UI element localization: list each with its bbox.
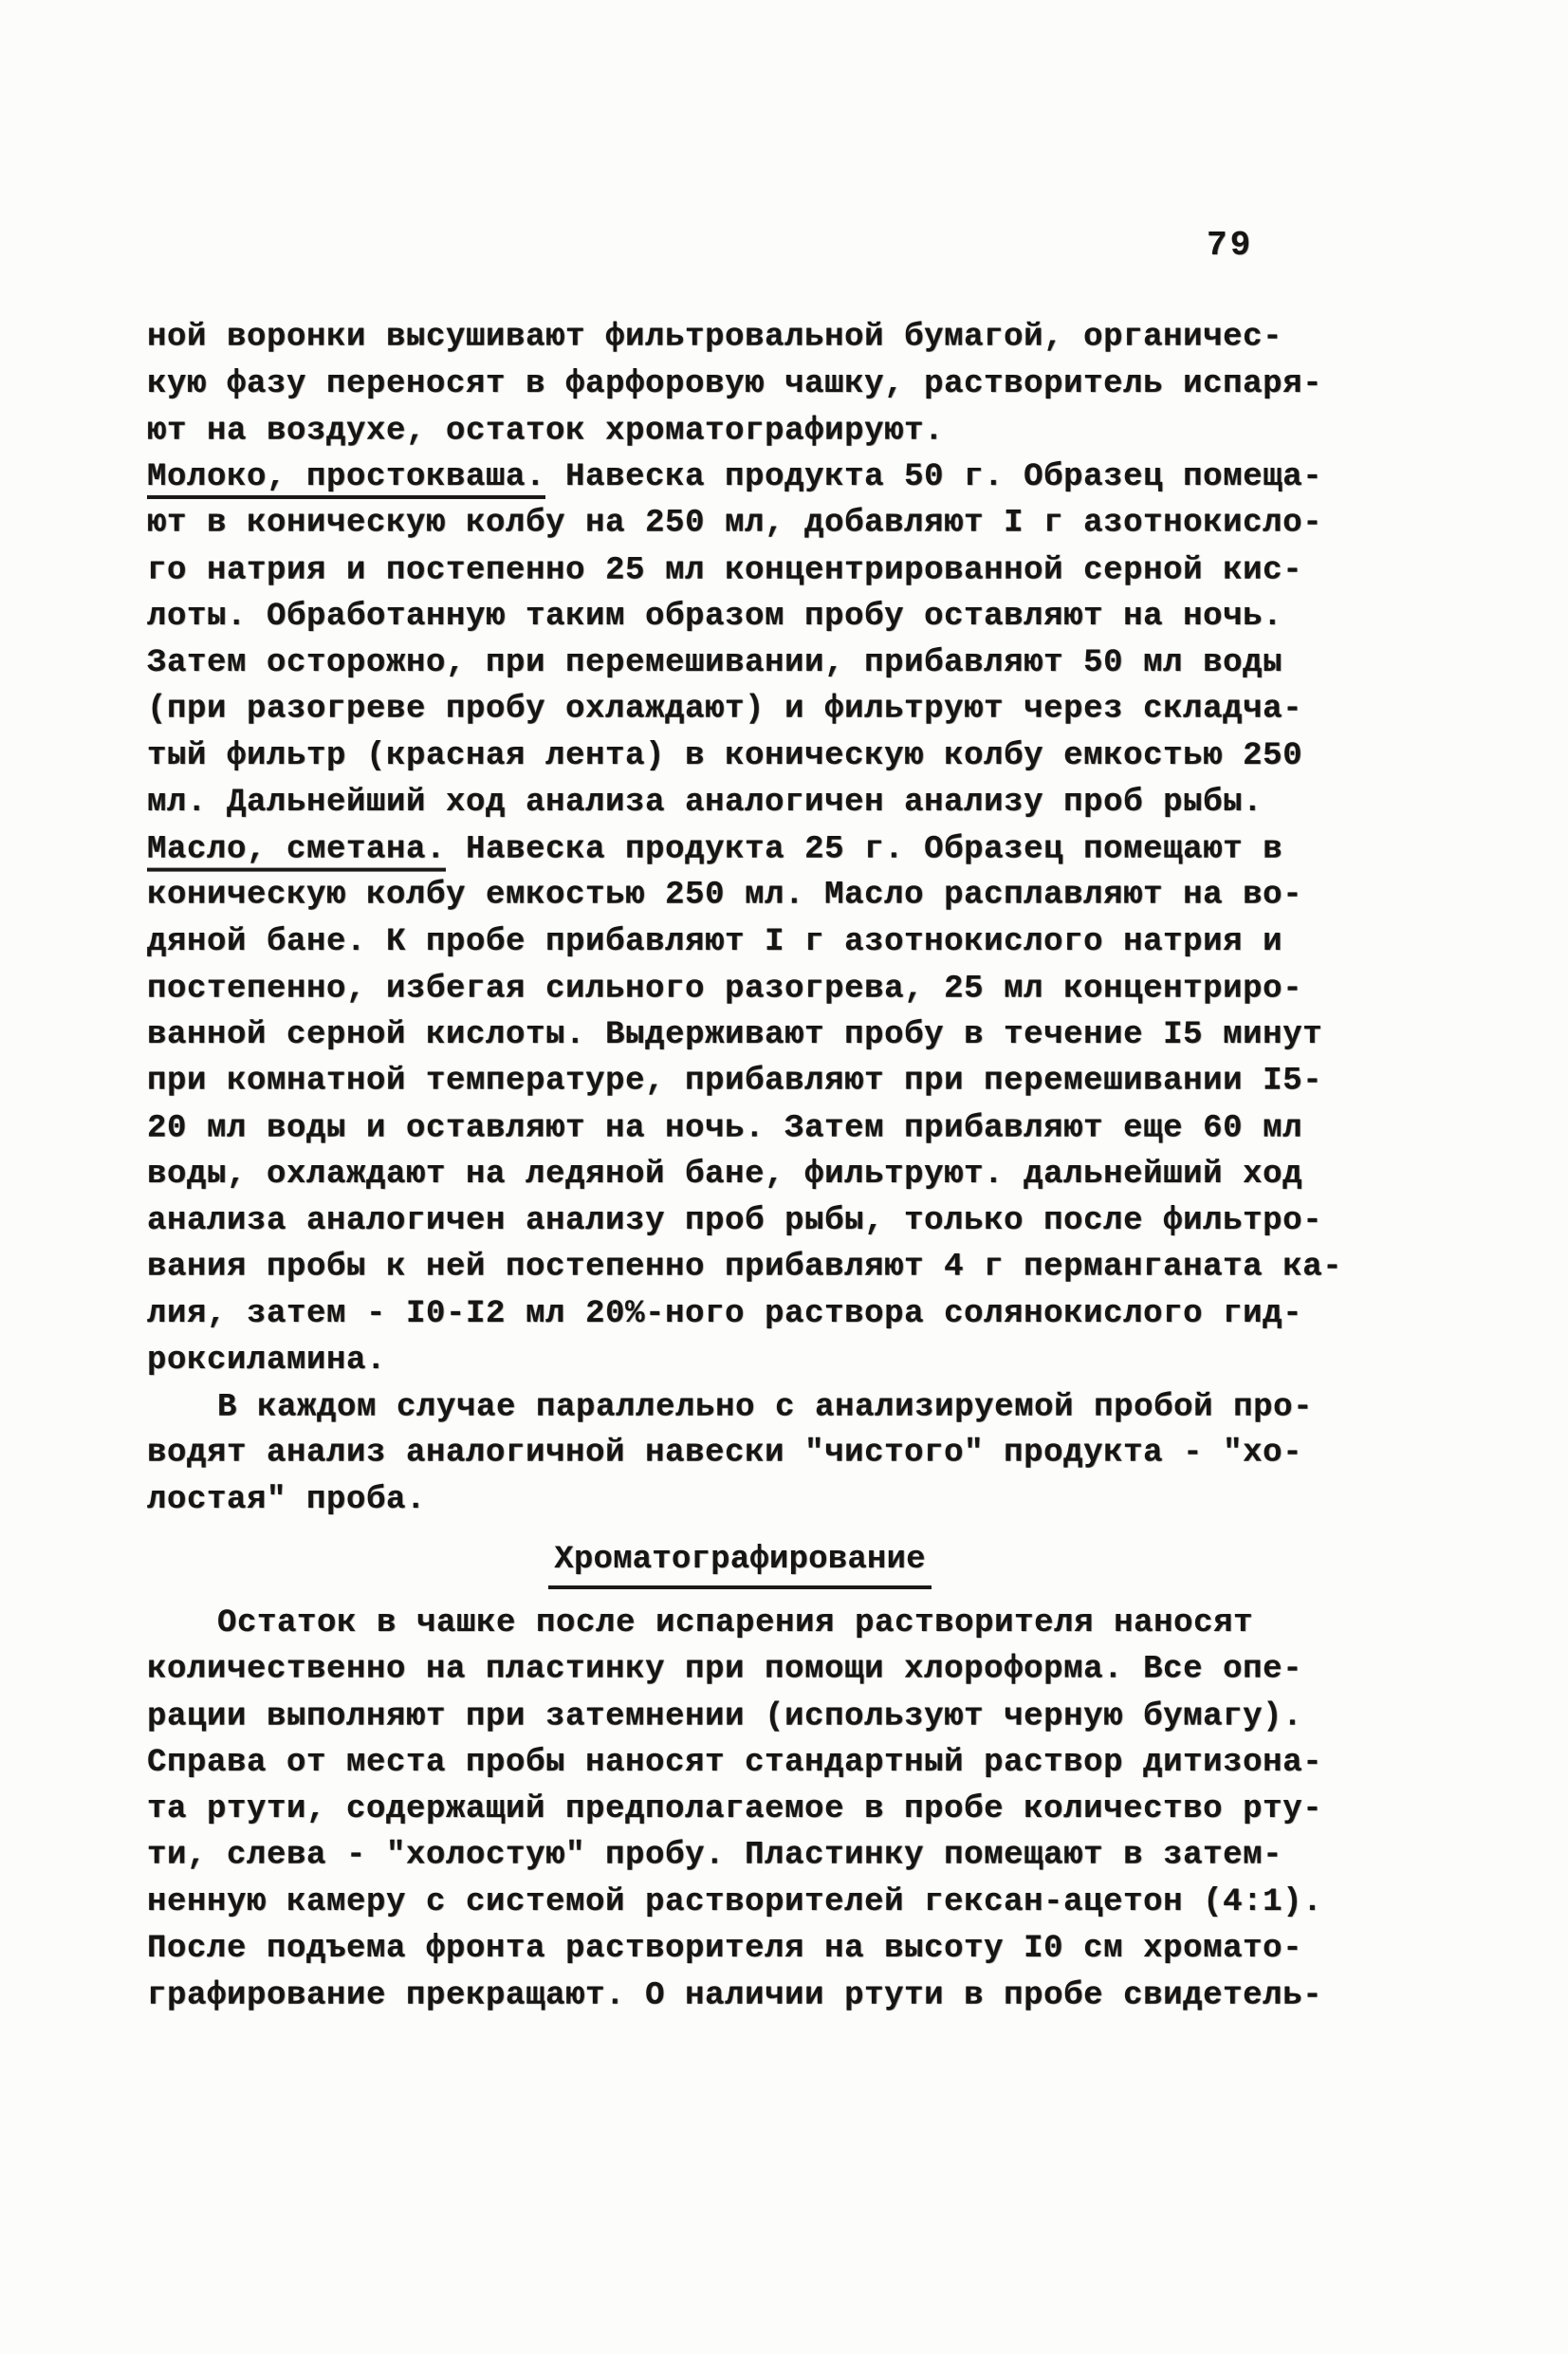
- text-line: при комнатной температуре, прибавляют пр…: [147, 1059, 1333, 1105]
- text-line: ненную камеру с системой растворителей г…: [147, 1880, 1333, 1926]
- section-heading: Хроматографирование: [147, 1537, 1333, 1589]
- text-line: лостая" проба.: [147, 1477, 1333, 1524]
- section-heading-text: Хроматографирование: [548, 1537, 931, 1589]
- text-line: водят анализ аналогичной навески "чистог…: [147, 1431, 1333, 1477]
- text-line: лоты. Обработанную таким образом пробу о…: [147, 594, 1333, 640]
- text-line: анализа аналогичен анализу проб рыбы, то…: [147, 1198, 1333, 1245]
- text-line: постепенно, избегая сильного разогрева, …: [147, 967, 1333, 1013]
- text-line: лия, затем - I0-I2 мл 20%-ного раствора …: [147, 1291, 1333, 1338]
- text-line: (при разогреве пробу охлаждают) и фильтр…: [147, 687, 1333, 733]
- text-block: ной воронки высушивают фильтровальной бу…: [147, 315, 1333, 2019]
- text-line: графирование прекращают. О наличии ртути…: [147, 1974, 1333, 2020]
- scanned-document-page: 79 ной воронки высушивают фильтровальной…: [0, 0, 1568, 2354]
- page-number: 79: [1207, 226, 1253, 265]
- text-line: та ртути, содержащий предполагаемое в пр…: [147, 1787, 1333, 1833]
- text-line: роксиламина.: [147, 1338, 1333, 1384]
- line-text: Навеска продукта 25 г. Образец помещают …: [446, 832, 1282, 868]
- text-line: тый фильтр (красная лента) в коническую …: [147, 733, 1333, 780]
- text-line: Справа от места пробы наносят стандартны…: [147, 1740, 1333, 1787]
- text-line: ют в коническую колбу на 250 мл, добавля…: [147, 501, 1333, 547]
- text-line: рации выполняют при затемнении (использу…: [147, 1695, 1333, 1741]
- text-line: В каждом случае параллельно с анализируе…: [147, 1385, 1333, 1432]
- line-text: Навеска продукта 50 г. Образец помеща-: [545, 459, 1322, 495]
- text-line: количественно на пластинку при помощи хл…: [147, 1647, 1333, 1694]
- text-line: ти, слева - "холостую" пробу. Пластинку …: [147, 1833, 1333, 1880]
- text-line: коническую колбу емкостью 250 мл. Масло …: [147, 873, 1333, 919]
- text-line: Затем осторожно, при перемешивании, приб…: [147, 640, 1333, 687]
- text-line: 20 мл воды и оставляют на ночь. Затем пр…: [147, 1106, 1333, 1153]
- text-line: ной воронки высушивают фильтровальной бу…: [147, 315, 1333, 361]
- text-line: ванной серной кислоты. Выдерживают пробу…: [147, 1012, 1333, 1059]
- text-line: После подъема фронта растворителя на выс…: [147, 1926, 1333, 1973]
- text-line: Масло, сметана. Навеска продукта 25 г. О…: [147, 827, 1333, 874]
- underlined-term-milk: Молоко, простокваша.: [147, 459, 545, 499]
- text-line: кую фазу переносят в фарфоровую чашку, р…: [147, 361, 1333, 408]
- text-line: дяной бане. К пробе прибавляют I г азотн…: [147, 919, 1333, 966]
- text-line: го натрия и постепенно 25 мл концентриро…: [147, 548, 1333, 595]
- text-line: мл. Дальнейший ход анализа аналогичен ан…: [147, 780, 1333, 826]
- text-line: вания пробы к ней постепенно прибавляют …: [147, 1245, 1333, 1291]
- text-line: ют на воздухе, остаток хроматографируют.: [147, 409, 1333, 455]
- text-line: Молоко, простокваша. Навеска продукта 50…: [147, 454, 1333, 501]
- underlined-term-butter: Масло, сметана.: [147, 832, 446, 872]
- text-line: Остаток в чашке после испарения раствори…: [147, 1601, 1333, 1647]
- text-line: воды, охлаждают на ледяной бане, фильтру…: [147, 1152, 1333, 1198]
